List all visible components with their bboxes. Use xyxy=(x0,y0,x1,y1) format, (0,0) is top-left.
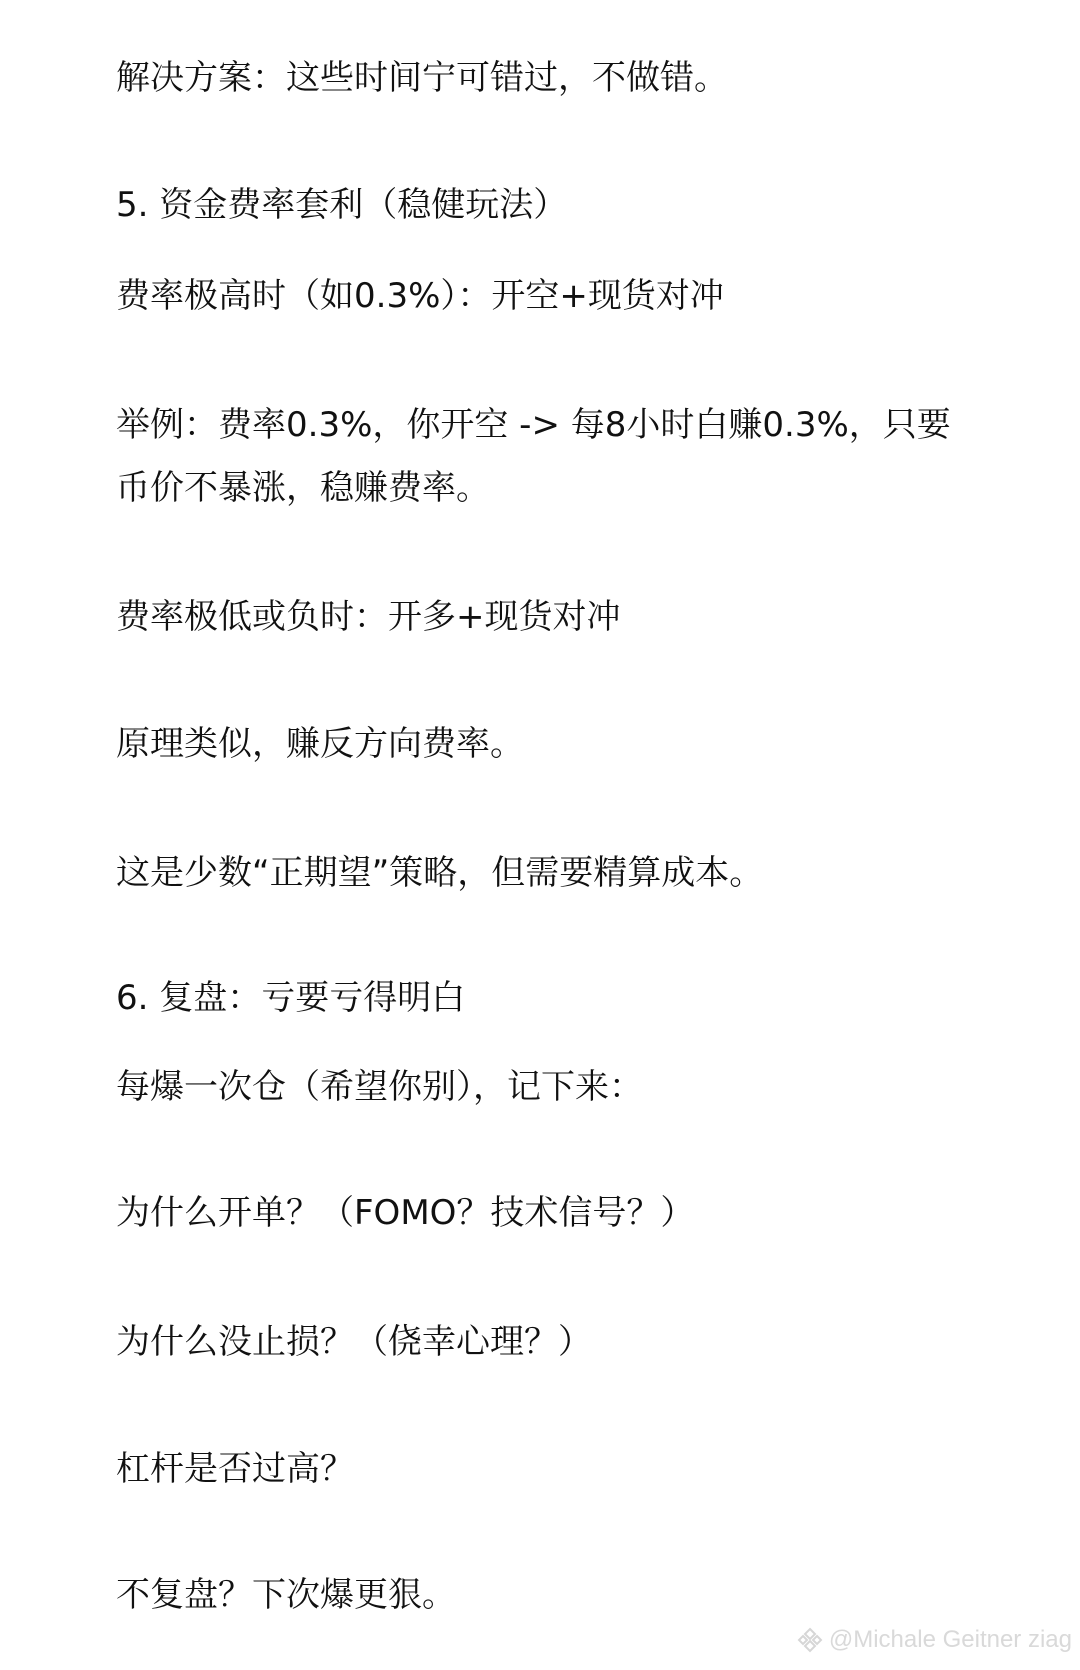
low-rate-line: 费率极低或负时：开多+现货对冲 xyxy=(116,595,621,639)
high-rate-line: 费率极高时（如0.3%）：开空+现货对冲 xyxy=(116,274,724,318)
question-no-stop-loss: 为什么没止损？（侥幸心理？） xyxy=(116,1320,592,1364)
section-6-heading: 6. 复盘：亏要亏得明白 xyxy=(116,976,465,1020)
closing-line: 不复盘？下次爆更狠。 xyxy=(116,1573,456,1617)
section-5-heading: 5. 资金费率套利（稳健玩法） xyxy=(116,183,567,227)
solution-line: 解决方案：这些时间宁可错过，不做错。 xyxy=(116,56,728,100)
question-leverage: 杠杆是否过高？ xyxy=(116,1447,354,1491)
positive-expectation-line: 这是少数“正期望”策略，但需要精算成本。 xyxy=(116,851,763,895)
record-intro-line: 每爆一次仓（希望你别），记下来： xyxy=(116,1065,643,1109)
watermark: @Michale Geitner ziag xyxy=(797,1626,1072,1654)
watermark-text: @Michale Geitner ziag xyxy=(829,1626,1072,1654)
question-open-order: 为什么开单？（FOMO？技术信号？） xyxy=(116,1191,694,1235)
example-line-2: 币价不暴涨，稳赚费率。 xyxy=(116,466,490,510)
principle-line: 原理类似，赚反方向费率。 xyxy=(116,722,524,766)
example-line-1: 举例：费率0.3%，你开空 -> 每8小时白赚0.3%，只要 xyxy=(116,403,951,447)
binance-logo-icon xyxy=(797,1627,823,1653)
